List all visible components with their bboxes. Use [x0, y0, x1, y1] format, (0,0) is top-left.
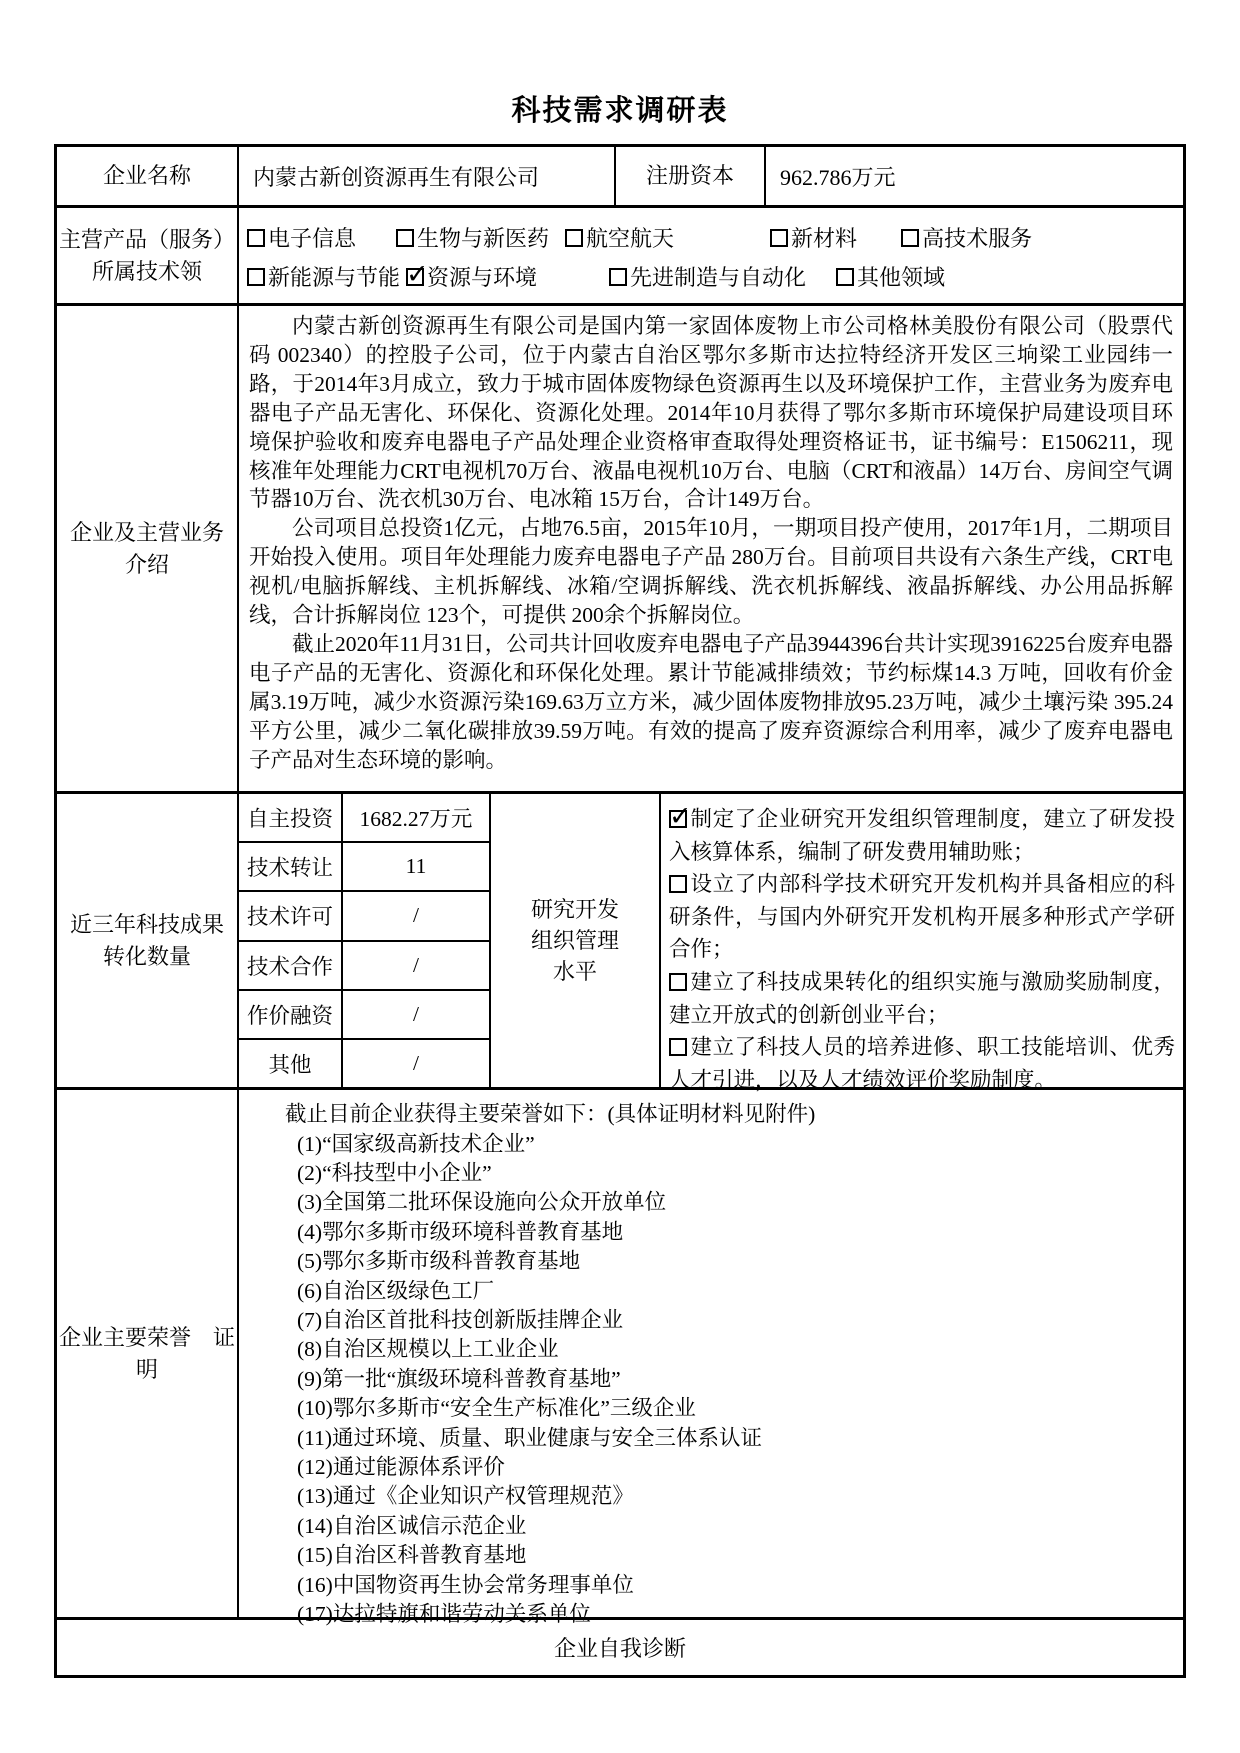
- checkbox-resources-environment[interactable]: [406, 268, 424, 286]
- business-intro-label: 企业及主营业务 介绍: [57, 306, 237, 791]
- tech-field-label: 主营产品（服务） 所属技术领: [57, 208, 237, 303]
- option-hightech-service: 高技术服务: [901, 222, 1032, 253]
- achievements-label-line2: 转化数量: [103, 941, 191, 973]
- checkbox-advanced-manufacturing[interactable]: [609, 268, 627, 286]
- business-intro-text: 内蒙古新创资源再生有限公司是国内第一家固体废物上市公司格林美股份有限公司（股票代…: [237, 306, 1183, 791]
- table-row-other: 其他 /: [239, 1038, 489, 1087]
- rd-management-options: 制定了企业研究开发组织管理制度，建立了研发投入核算体系，编制了研发费用辅助账； …: [659, 794, 1183, 1087]
- tech-license-value: /: [343, 892, 489, 939]
- registered-capital-text: 962.786万元: [780, 161, 896, 192]
- business-intro-label-line1: 企业及主营业务: [70, 517, 224, 549]
- honors-header: 截止目前企业获得主要荣誉如下：(具体证明材料见附件): [285, 1100, 1173, 1130]
- tech-field-options: 电子信息 生物与新医药 航空航天 新材料 高技术服务 新能源与节能 资源与环境 …: [237, 208, 1183, 303]
- registered-capital-label: 注册资本: [614, 147, 764, 205]
- honor-item-11: (11)通过环境、质量、职业健康与安全三体系认证: [285, 1424, 1173, 1453]
- honor-item-13: (13)通过《企业知识产权管理规范》: [285, 1482, 1173, 1511]
- self-investment-label: 自主投资: [239, 794, 343, 841]
- table-row-self-investment: 自主投资 1682.27万元: [239, 794, 489, 841]
- checkbox-hightech-service[interactable]: [901, 229, 919, 247]
- checkbox-new-materials[interactable]: [770, 229, 788, 247]
- form-title: 科技需求调研表: [54, 88, 1186, 129]
- checkbox-rd-system[interactable]: [669, 810, 687, 828]
- tech-field-options-line1: 电子信息 生物与新医药 航空航天 新材料 高技术服务: [247, 218, 1183, 257]
- checkbox-rd-training[interactable]: [669, 1038, 687, 1056]
- rd-option-2: 设立了内部科学技术研究开发机构并具备相应的科研条件，与国内外研究开发机构开展多种…: [669, 868, 1175, 966]
- honor-item-15: (15)自治区科普教育基地: [285, 1541, 1173, 1570]
- achievements-subtable: 自主投资 1682.27万元 技术转让 11 技术许可 / 技术合作 / 作价融…: [237, 794, 489, 1087]
- survey-table: 企业名称 内蒙古新创资源再生有限公司 注册资本 962.786万元 主营产品（服…: [54, 144, 1186, 1678]
- option-bio-medicine: 生物与新医药: [396, 222, 549, 253]
- tech-transfer-value: 11: [343, 843, 489, 890]
- honor-item-5: (5)鄂尔多斯市级科普教育基地: [285, 1247, 1173, 1276]
- checkbox-electronic-info[interactable]: [247, 229, 265, 247]
- company-name-value: 内蒙古新创资源再生有限公司: [237, 147, 614, 205]
- tech-transfer-label: 技术转让: [239, 843, 343, 890]
- checkbox-new-energy[interactable]: [247, 268, 265, 286]
- rd-label-line2: 组织管理: [531, 925, 619, 956]
- honor-item-6: (6)自治区级绿色工厂: [285, 1277, 1173, 1306]
- honors-list: 截止目前企业获得主要荣誉如下：(具体证明材料见附件) (1)“国家级高新技术企业…: [237, 1090, 1183, 1617]
- option-resources-environment: 资源与环境: [406, 261, 537, 292]
- intro-paragraph-3: 截止2020年11月31日，公司共计回收废弃电器电子产品3944396台共计实现…: [249, 630, 1173, 775]
- registered-capital-label-text: 注册资本: [646, 160, 734, 192]
- honors-label-line2: 明: [136, 1354, 158, 1386]
- intro-paragraph-2: 公司项目总投资1亿元，占地76.5亩，2015年10月，一期项目投产使用，201…: [249, 514, 1173, 630]
- self-diagnosis-label: 企业自我诊断: [57, 1620, 1183, 1675]
- table-row-tech-cooperation: 技术合作 /: [239, 940, 489, 989]
- rd-option-1: 制定了企业研究开发组织管理制度，建立了研发投入核算体系，编制了研发费用辅助账；: [669, 803, 1175, 868]
- checkbox-bio-medicine[interactable]: [396, 229, 414, 247]
- tech-cooperation-label: 技术合作: [239, 942, 343, 989]
- tech-field-label-line2: 所属技术领: [92, 256, 202, 288]
- honor-item-4: (4)鄂尔多斯市级环境科普教育基地: [285, 1218, 1173, 1247]
- row-honors: 企业主要荣誉 证 明 截止目前企业获得主要荣誉如下：(具体证明材料见附件) (1…: [57, 1087, 1183, 1617]
- achievements-label: 近三年科技成果 转化数量: [57, 794, 237, 1087]
- company-name-label-text: 企业名称: [103, 160, 191, 192]
- option-electronic-info: 电子信息: [247, 222, 356, 253]
- company-name-label: 企业名称: [57, 147, 237, 205]
- row-achievements: 近三年科技成果 转化数量 自主投资 1682.27万元 技术转让 11 技术许可…: [57, 791, 1183, 1087]
- checkbox-rd-incentive[interactable]: [669, 973, 687, 991]
- honor-item-1: (1)“国家级高新技术企业”: [285, 1130, 1173, 1159]
- other-label: 其他: [239, 1040, 343, 1087]
- rd-label-line3: 水平: [553, 956, 597, 987]
- honor-item-12: (12)通过能源体系评价: [285, 1453, 1173, 1482]
- option-advanced-manufacturing: 先进制造与自动化: [609, 261, 806, 292]
- row-company: 企业名称 内蒙古新创资源再生有限公司 注册资本 962.786万元: [57, 147, 1183, 205]
- registered-capital-value: 962.786万元: [764, 147, 1183, 205]
- valuation-financing-label: 作价融资: [239, 991, 343, 1038]
- honor-item-8: (8)自治区规模以上工业企业: [285, 1335, 1173, 1364]
- option-new-materials: 新材料: [770, 222, 857, 253]
- tech-cooperation-value: /: [343, 942, 489, 989]
- checkbox-other-fields[interactable]: [836, 268, 854, 286]
- tech-license-label: 技术许可: [239, 892, 343, 939]
- valuation-financing-value: /: [343, 991, 489, 1038]
- achievements-label-line1: 近三年科技成果: [70, 909, 224, 941]
- table-row-tech-transfer: 技术转让 11: [239, 841, 489, 890]
- other-value: /: [343, 1040, 489, 1087]
- document-page: 科技需求调研表 企业名称 内蒙古新创资源再生有限公司 注册资本 962.786万…: [0, 0, 1240, 1678]
- table-row-valuation-financing: 作价融资 /: [239, 989, 489, 1038]
- tech-field-label-line1: 主营产品（服务）: [59, 224, 235, 256]
- honor-item-3: (3)全国第二批环保设施向公众开放单位: [285, 1188, 1173, 1217]
- honors-label: 企业主要荣誉 证 明: [57, 1090, 237, 1617]
- honors-label-line1: 企业主要荣誉 证: [59, 1322, 235, 1354]
- checkbox-rd-institution[interactable]: [669, 875, 687, 893]
- checkbox-aerospace[interactable]: [565, 229, 583, 247]
- row-business-intro: 企业及主营业务 介绍 内蒙古新创资源再生有限公司是国内第一家固体废物上市公司格林…: [57, 303, 1183, 791]
- rd-management-label: 研究开发 组织管理 水平: [489, 794, 659, 1087]
- honor-item-14: (14)自治区诚信示范企业: [285, 1512, 1173, 1541]
- table-row-tech-license: 技术许可 /: [239, 890, 489, 939]
- self-investment-value: 1682.27万元: [343, 794, 489, 841]
- row-self-diagnosis: 企业自我诊断: [57, 1617, 1183, 1675]
- rd-option-4: 建立了科技人员的培养进修、职工技能培训、优秀人才引进，以及人才绩效评价奖励制度。: [669, 1031, 1175, 1096]
- row-tech-field: 主营产品（服务） 所属技术领 电子信息 生物与新医药 航空航天 新材料 高技术服…: [57, 205, 1183, 303]
- honor-item-10: (10)鄂尔多斯市“安全生产标准化”三级企业: [285, 1394, 1173, 1423]
- intro-paragraph-1: 内蒙古新创资源再生有限公司是国内第一家固体废物上市公司格林美股份有限公司（股票代…: [249, 312, 1173, 514]
- rd-label-line1: 研究开发: [531, 894, 619, 925]
- option-aerospace: 航空航天: [565, 222, 674, 253]
- company-name-text: 内蒙古新创资源再生有限公司: [253, 161, 539, 192]
- honor-item-9: (9)第一批“旗级环境科普教育基地”: [285, 1365, 1173, 1394]
- honor-item-7: (7)自治区首批科技创新版挂牌企业: [285, 1306, 1173, 1335]
- option-new-energy: 新能源与节能: [247, 261, 400, 292]
- business-intro-label-line2: 介绍: [125, 549, 169, 581]
- tech-field-options-line2: 新能源与节能 资源与环境 先进制造与自动化 其他领域: [247, 257, 1183, 296]
- honor-item-2: (2)“科技型中小企业”: [285, 1159, 1173, 1188]
- option-other-fields: 其他领域: [836, 261, 945, 292]
- honor-item-16: (16)中国物资再生协会常务理事单位: [285, 1571, 1173, 1600]
- rd-option-3: 建立了科技成果转化的组织实施与激励奖励制度，建立开放式的创新创业平台；: [669, 966, 1175, 1031]
